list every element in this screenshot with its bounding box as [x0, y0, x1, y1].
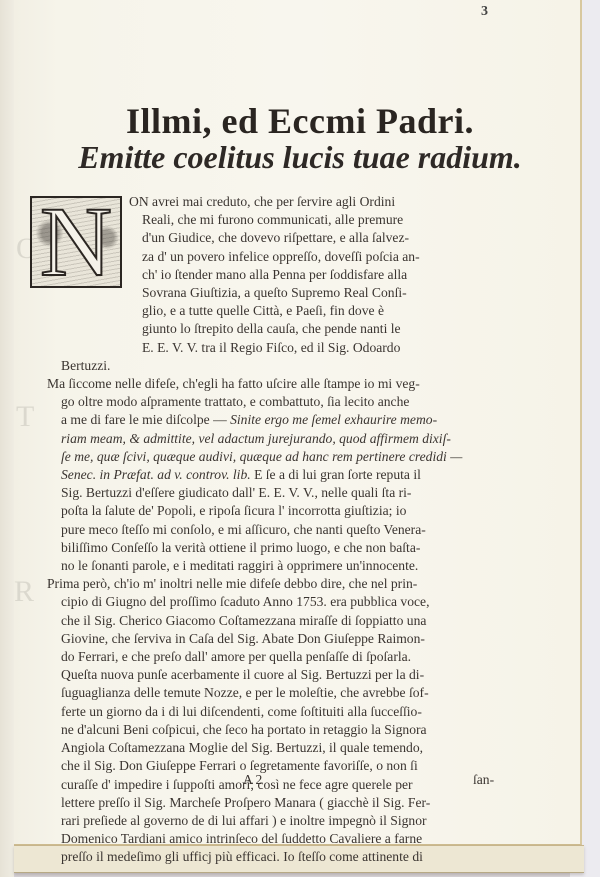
text-line: glio, e a tutte quelle Città, e Paeſi, f…: [47, 302, 495, 320]
text-line: Bertuzzi.: [47, 357, 495, 375]
text-line: preſſo il medeſimo gli ufficj più effica…: [47, 848, 495, 866]
page-title: Illmi, ed Eccmi Padri.: [0, 100, 600, 142]
text-line: ch' io ſtender mano alla Penna per ſoddi…: [47, 266, 495, 284]
text-line: Angiola Coſtamezzana Moglie del Sig. Ber…: [47, 739, 495, 757]
text-line: poſta la ſalute de' Popoli, e ripoſa ſic…: [47, 502, 495, 520]
text-line: E. E. V. V. tra il Regio Fiſco, ed il Si…: [47, 339, 495, 357]
latin-quote: Sinite ergo me ſemel exhaurire memo-: [230, 412, 437, 427]
text-line: curaſſe d' impedire i ſuppoſti amori; co…: [47, 776, 495, 794]
text-line: Prima però, ch'io m' inoltri nelle mie d…: [47, 575, 495, 593]
text-line: ſuguaglianza delle temute Nozze, e per l…: [47, 684, 495, 702]
document-page: O T R 3 Illmi, ed Eccmi Padri. Emitte co…: [14, 0, 582, 845]
text-line: che il Sig. Cherico Giacomo Coſtamezzana…: [47, 612, 495, 630]
text-line: za d' un povero infelice oppreſſo, doveſ…: [47, 248, 495, 266]
text-line: Giovine, che ſerviva in Caſa del Sig. Ab…: [47, 630, 495, 648]
latin-quote-line: ſe me, quæ ſcivi, quæque audivi, quæque …: [47, 448, 495, 466]
signature-mark: A 2: [243, 772, 262, 788]
text-line: Ma ſiccome nelle difeſe, ch'egli ha fatt…: [47, 375, 495, 393]
paragraph-2: Ma ſiccome nelle difeſe, ch'egli ha fatt…: [47, 375, 495, 575]
text-line: do Ferrari, e che preſo dall' amore per …: [47, 648, 495, 666]
text-fragment: E ſe a di lui gran ſorte reputa il: [254, 467, 421, 482]
text-line: d'un Giudice, che dovevo riſpettare, e a…: [47, 229, 495, 247]
text-line: Reali, che mi furono communicati, alle p…: [47, 211, 495, 229]
text-line: no le ſonanti parole, e i meditati raggi…: [47, 557, 495, 575]
text-fragment: a me di fare le mie diſcolpe —: [61, 412, 227, 427]
citation: Senec. in Præfat. ad v. controv. lib.: [61, 467, 251, 482]
latin-quote-line: riam meam, & admittite, vel adactum jure…: [47, 430, 495, 448]
text-line: ferte un giorno da i di lui diſcendenti,…: [47, 703, 495, 721]
text-line: go oltre modo aſpramente trattato, e com…: [47, 393, 495, 411]
show-through-letter: R: [14, 575, 34, 609]
text-line: pure meco ſteſſo mi conſolo, e mi aſſicu…: [47, 521, 495, 539]
text-line: Senec. in Præfat. ad v. controv. lib. E …: [47, 466, 495, 484]
body-text: ON avrei mai creduto, che per ſervire ag…: [47, 193, 495, 867]
text-line: lettere preſſo il Sig. Marcheſe Proſpero…: [47, 794, 495, 812]
text-line: biliſſimo Conſeſſo la verità ottiene il …: [47, 539, 495, 557]
text-line: giunto lo ſtrepito della cauſa, che pend…: [47, 320, 495, 338]
page-number-mark: 3: [481, 4, 488, 20]
text-line: Sovrana Giuſtizia, a queſto Supremo Real…: [47, 284, 495, 302]
paragraph-3: Prima però, ch'io m' inoltri nelle mie d…: [47, 575, 495, 866]
invocation-heading: Emitte coelitus lucis tuae radium.: [0, 139, 600, 176]
text-line: Domenico Tardiani amico intrinſeco del ſ…: [47, 830, 495, 848]
show-through-letter: T: [16, 400, 34, 434]
text-line: cipio di Giugno del proſſimo ſcaduto Ann…: [47, 593, 495, 611]
text-line: che il Sig. Don Giuſeppe Ferrari o ſegre…: [47, 757, 495, 775]
text-line: ne d'alcuni Beni coſpicui, che ſeco ha p…: [47, 721, 495, 739]
paragraph-1: ON avrei mai creduto, che per ſervire ag…: [47, 193, 495, 375]
text-line: a me di fare le mie diſcolpe — Sinite er…: [47, 411, 495, 429]
text-line: rari preſiede al governo de di lui affar…: [47, 812, 495, 830]
text-line: ON avrei mai creduto, che per ſervire ag…: [47, 193, 495, 211]
catchword: ſan-: [473, 772, 494, 788]
text-line: Sig. Bertuzzi d'eſſere giudicato dall' E…: [47, 484, 495, 502]
text-line: Queſta nuova punſe acerbamente il cuore …: [47, 666, 495, 684]
